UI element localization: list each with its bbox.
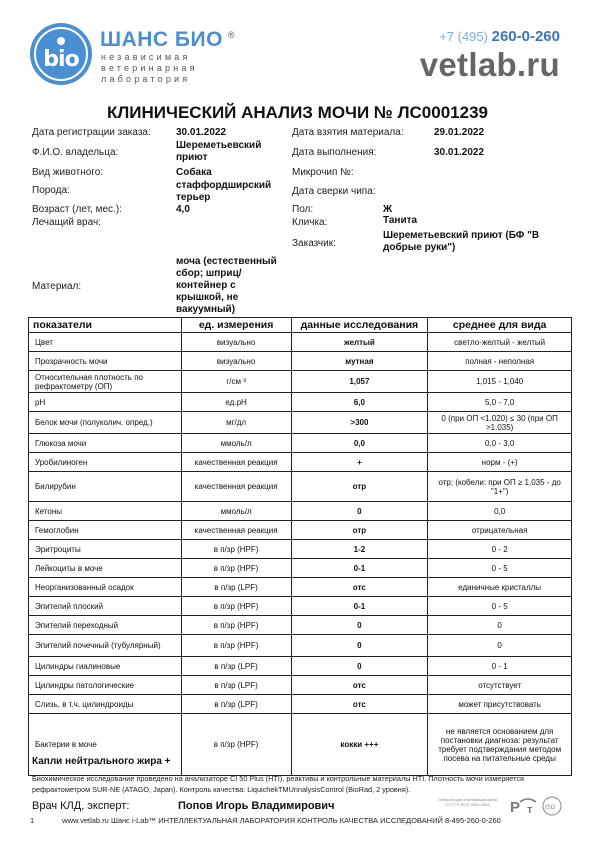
row-result: желтый: [291, 333, 428, 352]
row-parameter: Лейкоциты в моче: [29, 559, 182, 578]
info-label: Ф.И.О. владельца:: [32, 147, 118, 158]
row-parameter: Неорганизованный осадок: [29, 578, 182, 597]
table-row: Эпителий почечный (тубулярный)в п/зр (HP…: [29, 635, 572, 657]
header-unit: ед. измерения: [181, 318, 291, 333]
table-row: pHед.pH6,05,0 - 7,0: [29, 393, 572, 412]
row-unit: в п/зр (HPF): [181, 559, 291, 578]
row-unit: качественная реакция: [181, 521, 291, 540]
row-result: 1,057: [291, 371, 428, 393]
table-row: Цветвизуальножелтыйсветло-желтый - желты…: [29, 333, 572, 352]
row-parameter: Эпителий плоский: [29, 597, 182, 616]
table-row: Неорганизованный осадокв п/зр (LPF)отсед…: [29, 578, 572, 597]
svg-text:т: т: [527, 804, 533, 816]
website: vetlab.ru: [420, 46, 560, 84]
footer: 1www.vetlab.ru Шанс i-Lab™ ИНТЕЛЛЕКТУАЛЬ…: [30, 816, 501, 825]
info-label: Возраст (лет, мес.):: [32, 204, 122, 215]
table-row: Кетоныммоль/л00,0: [29, 502, 572, 521]
row-parameter: Прозрачность мочи: [29, 352, 182, 371]
header-reference: среднее для вида: [428, 318, 572, 333]
table-row: Относительная плотность по рефрактометру…: [29, 371, 572, 393]
row-parameter: Цилиндры гиалиновые: [29, 657, 182, 676]
row-result: 0,0: [291, 434, 428, 453]
row-result: отс: [291, 695, 428, 714]
row-reference: норм - (+): [428, 453, 572, 472]
table-row: Эритроцитыв п/зр (HPF)1-20 - 2: [29, 540, 572, 559]
row-parameter: Гемоглобин: [29, 521, 182, 540]
row-reference: 0: [428, 616, 572, 635]
row-reference: 0 - 2: [428, 540, 572, 559]
info-label: Дата регистрации заказа:: [32, 127, 151, 138]
svg-text:Р: Р: [510, 799, 520, 816]
row-reference: светло-желтый - желтый: [428, 333, 572, 352]
registered-mark: ®: [228, 30, 235, 40]
row-unit: качественная реакция: [181, 472, 291, 502]
row-result: 0: [291, 502, 428, 521]
note: Капли нейтрального жира +: [32, 756, 171, 767]
brand-name: ШАНС БИО®: [100, 28, 235, 52]
row-result: кокки +++: [291, 714, 428, 776]
row-parameter: Билирубин: [29, 472, 182, 502]
phone-number: 260-0-260: [492, 28, 560, 45]
row-reference: единичные кристаллы: [428, 578, 572, 597]
row-unit: в п/зр (LPF): [181, 657, 291, 676]
table-row: Эпителий плоскийв п/зр (HPF)0-10 - 5: [29, 597, 572, 616]
row-reference: 0 (при ОП <1.020) ≤ 30 (при ОП >1.035): [428, 412, 572, 434]
info-label: Пол:: [292, 204, 313, 215]
row-result: 0-1: [291, 559, 428, 578]
phone: +7 (495) 260-0-260: [439, 28, 560, 45]
table-header-row: показатели ед. измерения данные исследов…: [29, 318, 572, 333]
info-value: стаффордширский терьер: [176, 180, 286, 204]
info-label: Дата взятия материала:: [292, 127, 404, 138]
info-label: Микрочип №:: [292, 167, 354, 178]
row-result: мутная: [291, 352, 428, 371]
row-result: отс: [291, 676, 428, 695]
info-label: Заказчик:: [292, 238, 336, 249]
row-parameter: Цвет: [29, 333, 182, 352]
header-parameter: показатели: [29, 318, 182, 333]
row-unit: в п/зр (LPF): [181, 578, 291, 597]
row-reference: 0 - 1: [428, 657, 572, 676]
row-parameter: Относительная плотность по рефрактометру…: [29, 371, 182, 393]
table-row: Лейкоциты в мочев п/зр (HPF)0-10 - 5: [29, 559, 572, 578]
row-result: 0: [291, 616, 428, 635]
row-result: отс: [291, 578, 428, 597]
brand-text: ШАНС БИО: [100, 28, 223, 51]
row-result: отр: [291, 521, 428, 540]
table-row: Прозрачность мочивизуальномутнаяполная -…: [29, 352, 572, 371]
page-title: КЛИНИЧЕСКИЙ АНАЛИЗ МОЧИ № ЛС0001239: [0, 103, 595, 123]
row-reference: 0: [428, 635, 572, 657]
info-label: Вид животного:: [32, 167, 103, 178]
tagline-line-1: независимая: [101, 52, 191, 62]
row-reference: отрицательная: [428, 521, 572, 540]
certification-text: Лаборатория сертифицирована ГОСТ Р ИСО 9…: [425, 797, 510, 807]
row-parameter: Кетоны: [29, 502, 182, 521]
header-result: данные исследования: [291, 318, 428, 333]
table-row: Белок мочи (полуколич. опред.)мг/дл>3000…: [29, 412, 572, 434]
tagline-line-3: лаборатория: [101, 74, 190, 84]
row-parameter: Эритроциты: [29, 540, 182, 559]
table-row: Цилиндры патологическиев п/зр (LPF)отсот…: [29, 676, 572, 695]
info-value: 30.01.2022: [176, 127, 286, 139]
phone-prefix: +7 (495): [439, 29, 488, 44]
row-parameter: Уробилиноген: [29, 453, 182, 472]
cert-line-2: ГОСТ Р ИСО 9001-2008: [425, 802, 510, 807]
row-unit: в п/зр (LPF): [181, 676, 291, 695]
signature-name: Попов Игорь Владимирович: [178, 800, 334, 812]
table-row: Глюкоза мочиммоль/л0,00,0 - 3,0: [29, 434, 572, 453]
row-reference: 0 - 5: [428, 597, 572, 616]
row-unit: в п/зр (HPF): [181, 597, 291, 616]
page-number: 1: [30, 816, 34, 825]
row-unit: визуально: [181, 352, 291, 371]
certification-marks-icon: Р т ISO: [510, 796, 562, 816]
results-table: показатели ед. измерения данные исследов…: [28, 317, 572, 776]
row-result: 0: [291, 657, 428, 676]
logo-dot: [57, 37, 65, 45]
row-parameter: Глюкоза мочи: [29, 434, 182, 453]
row-parameter: Цилиндры патологические: [29, 676, 182, 695]
row-reference: отр; (кобели: при ОП ≥ 1,035 - до "1+"): [428, 472, 572, 502]
row-reference: 5,0 - 7,0: [428, 393, 572, 412]
info-label: Кличка:: [292, 217, 327, 228]
row-reference: отсутствует: [428, 676, 572, 695]
info-label: Дата сверки чипа:: [292, 186, 376, 197]
info-value: Шереметьевский приют: [176, 140, 286, 164]
row-unit: в п/зр (HPF): [181, 540, 291, 559]
row-reference: 0 - 5: [428, 559, 572, 578]
row-parameter: pH: [29, 393, 182, 412]
row-parameter: Слизь, в т.ч. цилиндроиды: [29, 695, 182, 714]
info-value: 29.01.2022: [434, 127, 595, 139]
info-label: Порода:: [32, 185, 70, 196]
table-row: Уробилиногенкачественная реакция+норм - …: [29, 453, 572, 472]
row-parameter: Белок мочи (полуколич. опред.): [29, 412, 182, 434]
row-unit: ед.pH: [181, 393, 291, 412]
info-value: моча (естественный сбор; шприц/контейнер…: [176, 256, 286, 316]
row-reference: может присутствовать: [428, 695, 572, 714]
table-row: Гемоглобинкачественная реакцияотротрицат…: [29, 521, 572, 540]
row-result: +: [291, 453, 428, 472]
row-unit: мг/дл: [181, 412, 291, 434]
row-result: отр: [291, 472, 428, 502]
logo-text: bio: [30, 47, 92, 72]
info-value: 30.01.2022: [434, 147, 595, 159]
row-unit: в п/зр (HPF): [181, 714, 291, 776]
info-value: Собака: [176, 167, 286, 179]
row-result: 6,0: [291, 393, 428, 412]
row-result: 1-2: [291, 540, 428, 559]
table-row: Билирубинкачественная реакцияотротр; (ко…: [29, 472, 572, 502]
row-result: 0: [291, 635, 428, 657]
row-reference: 0,0: [428, 502, 572, 521]
row-unit: г/см ³: [181, 371, 291, 393]
info-label: Дата выполнения:: [292, 147, 376, 158]
row-reference: 1,015 - 1,040: [428, 371, 572, 393]
tagline-line-2: ветеринарная: [101, 63, 198, 73]
row-unit: ммоль/л: [181, 434, 291, 453]
row-parameter: Эпителий переходный: [29, 616, 182, 635]
signature-label: Врач КЛД, эксперт:: [32, 800, 129, 812]
bio-logo: bio: [30, 23, 92, 85]
table-row: Цилиндры гиалиновыев п/зр (LPF)00 - 1: [29, 657, 572, 676]
row-unit: ммоль/л: [181, 502, 291, 521]
info-value: Танита: [383, 215, 548, 227]
table-row: Слизь, в т.ч. цилиндроидыв п/зр (LPF)отс…: [29, 695, 572, 714]
row-parameter: Эпителий почечный (тубулярный): [29, 635, 182, 657]
row-result: >300: [291, 412, 428, 434]
svg-text:ISO: ISO: [545, 805, 556, 811]
method-note: Биохимическое исследование проведено на …: [32, 773, 562, 795]
row-unit: в п/зр (LPF): [181, 695, 291, 714]
info-value: Шереметьевский приют (БФ "В добрые руки"…: [383, 230, 548, 254]
row-reference: полная - неполная: [428, 352, 572, 371]
row-reference: 0,0 - 3,0: [428, 434, 572, 453]
row-unit: в п/зр (HPF): [181, 635, 291, 657]
info-label: Материал:: [32, 281, 81, 292]
row-result: 0-1: [291, 597, 428, 616]
row-unit: в п/зр (HPF): [181, 616, 291, 635]
row-reference: не является основанием для постановки ди…: [428, 714, 572, 776]
row-unit: визуально: [181, 333, 291, 352]
table-row: Эпителий переходныйв п/зр (HPF)00: [29, 616, 572, 635]
info-label: Лечащий врач:: [32, 217, 101, 228]
footer-text: www.vetlab.ru Шанс i-Lab™ ИНТЕЛЛЕКТУАЛЬН…: [62, 816, 501, 825]
info-value: 4,0: [176, 204, 286, 216]
row-unit: качественная реакция: [181, 453, 291, 472]
